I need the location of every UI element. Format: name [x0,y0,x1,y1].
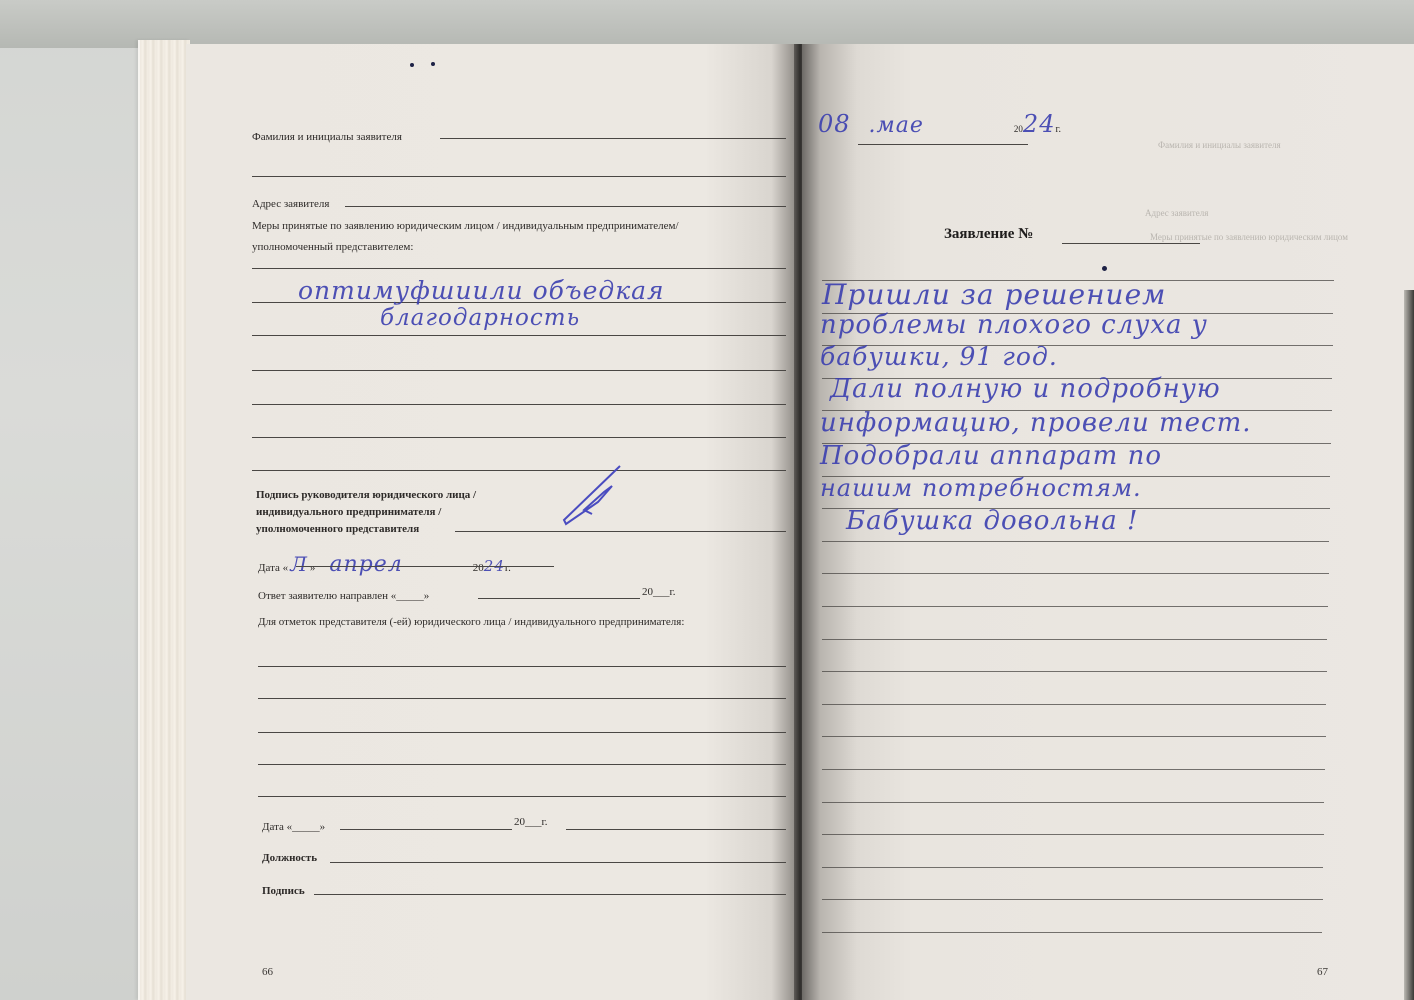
scanner-background [0,0,1414,48]
statement-text-line: Дали полную и подробную [830,374,1221,404]
statement-date-year-prefix: 20 [1014,124,1023,134]
statement-writing-line[interactable] [822,639,1327,640]
signature-label-line2: индивидуального предпринимателя / [256,506,441,518]
applicant-address-field[interactable] [345,206,786,207]
statement-number-field[interactable] [1062,243,1200,244]
response-label: Ответ заявителю направлен «_____» [258,590,429,602]
date-label: Дата « [258,562,288,574]
response-year: 20___г. [642,586,676,598]
statement-date-year: 24 [1023,110,1056,138]
position-field[interactable] [330,862,786,863]
date-quote: » [310,562,316,574]
statement-writing-line[interactable] [822,802,1324,803]
date-year-suffix: г. [505,562,511,574]
page-number-right: 67 [1317,966,1328,978]
statement-date-year-suffix: г. [1055,124,1060,135]
measures-line [252,335,786,336]
page-number-left: 66 [262,966,273,978]
applicant-name-field[interactable] [440,138,786,139]
statement-text-line: информацию, провели тест. [820,408,1252,438]
handwritten-signature [550,462,630,532]
date-month: апрел [329,552,402,577]
bottom-date-extra-field[interactable] [566,829,786,830]
applicant-address-label: Адрес заявителя [252,198,329,210]
sign-field[interactable] [314,894,786,895]
statement-date-field[interactable] [858,144,1028,145]
signature-label-line3: уполномоченного представителя [256,523,419,535]
bleed-through-text: Фамилия и инициалы заявителя [1158,140,1281,150]
statement-writing-line[interactable] [822,671,1327,672]
measures-label-line1: Меры принятые по заявлению юридическим л… [252,220,679,232]
applicant-name-label: Фамилия и инициалы заявителя [252,131,402,143]
response-date-field[interactable] [478,598,640,599]
statement-writing-line[interactable] [822,541,1329,542]
measures-line [252,404,786,405]
bottom-date-year: 20___г. [514,816,548,828]
sign-label: Подпись [262,885,305,897]
applicant-name-field-line2[interactable] [252,176,786,177]
notes-label: Для отметок представителя (-ей) юридичес… [258,616,684,628]
bottom-date-field[interactable] [340,829,512,830]
statement-date-month: .мае [869,113,924,138]
measures-line [252,470,786,471]
position-label: Должность [262,852,317,864]
measures-line [252,268,786,269]
signature-label-line1: Подпись руководителя юридического лица / [256,489,476,501]
date-day: Л [290,552,308,576]
right-page-edge [1404,290,1414,1000]
statement-writing-line[interactable] [822,834,1324,835]
ink-speck [431,62,435,66]
date-row: Дата « Л » апрел 20 24 г. [258,552,511,577]
book-page-edges [138,40,190,1000]
notes-line[interactable] [258,666,786,667]
ink-speck [1102,266,1107,271]
statement-writing-line[interactable] [822,573,1329,574]
statement-text-line: Бабушка довольна ! [846,506,1138,536]
statement-writing-line[interactable] [822,704,1326,705]
measures-label-line2: уполномоченный представителем: [252,241,413,253]
measures-handwriting-line2: благодарность [380,305,580,331]
statement-writing-line[interactable] [822,899,1323,900]
bleed-through-text: Меры принятые по заявлению юридическим л… [1150,232,1348,242]
statement-writing-line[interactable] [822,736,1326,737]
bottom-date-label: Дата «_____» [262,821,325,833]
statement-text-line: проблемы плохого слуха у [820,310,1208,340]
statement-writing-line[interactable] [822,769,1325,770]
statement-writing-line[interactable] [822,932,1322,933]
statement-date-day: 08 [818,110,851,138]
notes-line[interactable] [258,698,786,699]
notes-line[interactable] [258,796,786,797]
statement-text-line: нашим потребностям. [820,474,1142,502]
ink-speck [410,63,414,67]
statement-text-line: Пришли за решением [822,278,1166,311]
statement-writing-line[interactable] [822,867,1323,868]
notes-line[interactable] [258,764,786,765]
measures-line [252,370,786,371]
measures-handwriting-line1: оптимуфшиили объедкая [298,276,665,305]
statement-title: Заявление № [944,226,1033,243]
measures-line [252,437,786,438]
date-field[interactable] [296,566,554,567]
bleed-through-text: Адрес заявителя [1145,208,1208,218]
date-year-prefix: 20 [473,562,484,574]
statement-text-line: Подобрали аппарат по [820,441,1162,471]
notes-line[interactable] [258,732,786,733]
statement-text-line: бабушки, 91 год. [820,342,1058,371]
statement-writing-line[interactable] [822,606,1328,607]
statement-date-row: 08 .мае 20 24 г. [818,110,1061,138]
